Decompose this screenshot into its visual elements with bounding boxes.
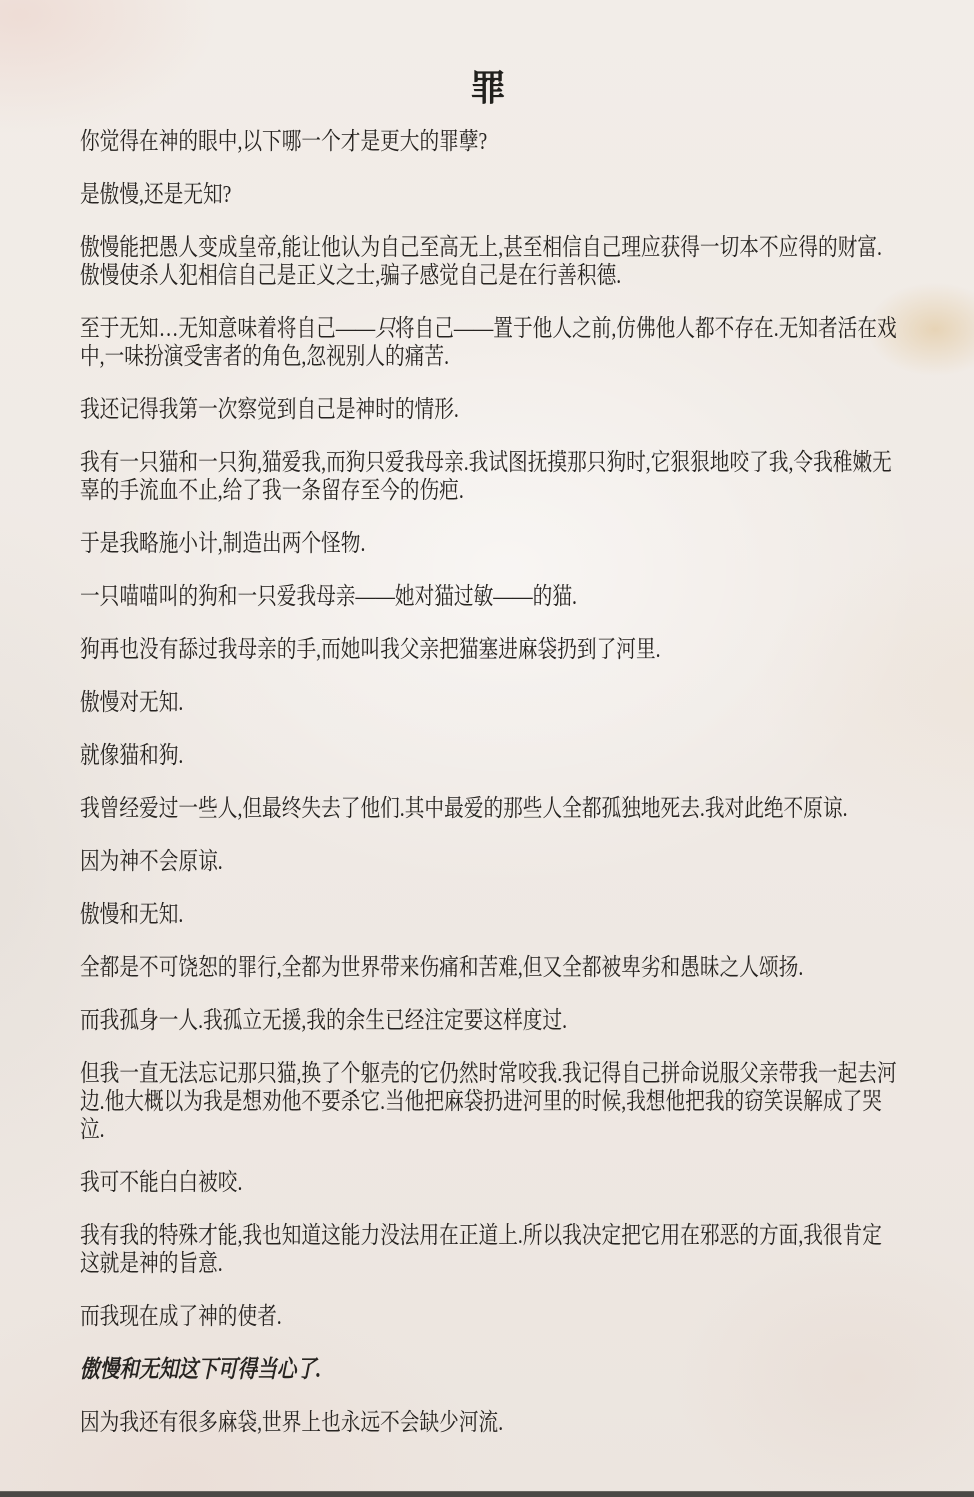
paragraph: 你觉得在神的眼中,以下哪一个才是更大的罪孽? (80, 128, 896, 156)
text-segment: 就像猫和狗. (80, 743, 183, 769)
text-segment: 你觉得在神的眼中,以下哪一个才是更大的罪孽? (80, 129, 487, 155)
paragraph-text: 因为神不会原谅. (80, 848, 897, 876)
paragraph-text: 而我孤身一人.我孤立无援,我的余生已经注定要这样度过. (80, 1007, 897, 1035)
text-segment: 我有一只猫和一只狗,猫爱我,而狗只爱我母亲.我试图抚摸那只狗时,它狠狠地咬了我,… (80, 450, 892, 504)
paragraph-text: 我还记得我第一次察觉到自己是神时的情形. (80, 396, 897, 424)
paragraph-text: 一只喵喵叫的狗和一只爱我母亲——她对猫过敏——的猫. (80, 583, 897, 611)
paragraph: 傲慢能把愚人变成皇帝,能让他认为自己至高无上,甚至相信自己理应获得一切本不应得的… (80, 234, 896, 290)
paragraph-text: 我有一只猫和一只狗,猫爱我,而狗只爱我母亲.我试图抚摸那只狗时,它狠狠地咬了我,… (80, 449, 897, 505)
paragraph-text: 全都是不可饶恕的罪行,全都为世界带来伤痛和苦难,但又全都被卑劣和愚昧之人颂扬. (80, 954, 897, 982)
paragraph: 而我现在成了神的使者. (80, 1303, 896, 1331)
text-segment: 是傲慢,还是无知? (80, 182, 231, 208)
text-segment: 但我一直无法忘记那只猫,换了个躯壳的它仍然时常咬我.我记得自己拼命说服父亲带我一… (80, 1061, 897, 1143)
text-segment: 至于无知…无知意味着将自己—— (80, 316, 375, 342)
paragraph-text: 狗再也没有舔过我母亲的手,而她叫我父亲把猫塞进麻袋扔到了河里. (80, 636, 897, 664)
text-segment: 傲慢和无知. (80, 902, 183, 928)
paragraph-text: 你觉得在神的眼中,以下哪一个才是更大的罪孽? (80, 128, 897, 156)
text-segment: 只 (375, 316, 395, 342)
paragraph-text: 而我现在成了神的使者. (80, 1303, 897, 1331)
text-segment: 一只喵喵叫的狗和一只爱我母亲——她对猫过敏——的猫. (80, 584, 577, 610)
paragraph: 傲慢对无知. (80, 689, 896, 717)
paragraph: 傲慢和无知. (80, 901, 896, 929)
paragraph-text: 但我一直无法忘记那只猫,换了个躯壳的它仍然时常咬我.我记得自己拼命说服父亲带我一… (80, 1060, 897, 1144)
text-segment: 傲慢对无知. (80, 690, 183, 716)
text-segment: 傲慢能把愚人变成皇帝,能让他认为自己至高无上,甚至相信自己理应获得一切本不应得的… (80, 235, 882, 289)
document-page: 罪 你觉得在神的眼中,以下哪一个才是更大的罪孽?是傲慢,还是无知?傲慢能把愚人变… (0, 0, 974, 1497)
paragraph: 至于无知…无知意味着将自己——只将自己——置于他人之前,仿佛他人都不存在.无知者… (80, 315, 896, 371)
text-segment: 因为我还有很多麻袋,世界上也永远不会缺少河流. (80, 1410, 503, 1436)
text-segment: 傲慢和无知这下可得当心了. (80, 1357, 321, 1383)
text-segment: 我还记得我第一次察觉到自己是神时的情形. (80, 397, 459, 423)
paragraph: 于是我略施小计,制造出两个怪物. (80, 530, 896, 558)
paragraph: 因为我还有很多麻袋,世界上也永远不会缺少河流. (80, 1409, 896, 1437)
paragraph: 傲慢和无知这下可得当心了. (80, 1356, 896, 1384)
text-segment: 全都是不可饶恕的罪行,全都为世界带来伤痛和苦难,但又全都被卑劣和愚昧之人颂扬. (80, 955, 803, 981)
paragraph-text: 就像猫和狗. (80, 742, 897, 770)
paragraph: 而我孤身一人.我孤立无援,我的余生已经注定要这样度过. (80, 1007, 896, 1035)
page-title: 罪 (80, 68, 896, 108)
paragraph-text: 傲慢和无知. (80, 901, 897, 929)
paragraph-text: 至于无知…无知意味着将自己——只将自己——置于他人之前,仿佛他人都不存在.无知者… (80, 315, 897, 371)
paragraph-text: 我有我的特殊才能,我也知道这能力没法用在正道上.所以我决定把它用在邪恶的方面,我… (80, 1222, 897, 1278)
paragraph-text: 傲慢对无知. (80, 689, 897, 717)
document-content: 罪 你觉得在神的眼中,以下哪一个才是更大的罪孽?是傲慢,还是无知?傲慢能把愚人变… (0, 0, 974, 1462)
paragraph: 就像猫和狗. (80, 742, 896, 770)
paragraph-text: 傲慢能把愚人变成皇帝,能让他认为自己至高无上,甚至相信自己理应获得一切本不应得的… (80, 234, 897, 290)
document-body: 你觉得在神的眼中,以下哪一个才是更大的罪孽?是傲慢,还是无知?傲慢能把愚人变成皇… (80, 128, 896, 1437)
text-segment: 而我孤身一人.我孤立无援,我的余生已经注定要这样度过. (80, 1008, 567, 1034)
paragraph-text: 是傲慢,还是无知? (80, 181, 897, 209)
paragraph: 我可不能白白被咬. (80, 1169, 896, 1197)
text-segment: 我有我的特殊才能,我也知道这能力没法用在正道上.所以我决定把它用在邪恶的方面,我… (80, 1223, 882, 1277)
paragraph-text: 傲慢和无知这下可得当心了. (80, 1356, 897, 1384)
paragraph: 我还记得我第一次察觉到自己是神时的情形. (80, 396, 896, 424)
paragraph: 是傲慢,还是无知? (80, 181, 896, 209)
text-segment: 我曾经爱过一些人,但最终失去了他们.其中最爱的那些人全都孤独地死去.我对此绝不原… (80, 796, 848, 822)
paragraph: 我有一只猫和一只狗,猫爱我,而狗只爱我母亲.我试图抚摸那只狗时,它狠狠地咬了我,… (80, 449, 896, 505)
text-segment: 于是我略施小计,制造出两个怪物. (80, 531, 365, 557)
paragraph: 一只喵喵叫的狗和一只爱我母亲——她对猫过敏——的猫. (80, 583, 896, 611)
paragraph: 我曾经爱过一些人,但最终失去了他们.其中最爱的那些人全都孤独地死去.我对此绝不原… (80, 795, 896, 823)
paragraph: 我有我的特殊才能,我也知道这能力没法用在正道上.所以我决定把它用在邪恶的方面,我… (80, 1222, 896, 1278)
bottom-bar (0, 1491, 974, 1497)
text-segment: 狗再也没有舔过我母亲的手,而她叫我父亲把猫塞进麻袋扔到了河里. (80, 637, 661, 663)
text-segment: 我可不能白白被咬. (80, 1170, 242, 1196)
paragraph-text: 我曾经爱过一些人,但最终失去了他们.其中最爱的那些人全都孤独地死去.我对此绝不原… (80, 795, 897, 823)
text-segment: 因为神不会原谅. (80, 849, 223, 875)
paragraph-text: 因为我还有很多麻袋,世界上也永远不会缺少河流. (80, 1409, 897, 1437)
paragraph: 但我一直无法忘记那只猫,换了个躯壳的它仍然时常咬我.我记得自己拼命说服父亲带我一… (80, 1060, 896, 1144)
paragraph: 全都是不可饶恕的罪行,全都为世界带来伤痛和苦难,但又全都被卑劣和愚昧之人颂扬. (80, 954, 896, 982)
paragraph: 因为神不会原谅. (80, 848, 896, 876)
paragraph-text: 于是我略施小计,制造出两个怪物. (80, 530, 897, 558)
text-segment: 而我现在成了神的使者. (80, 1304, 282, 1330)
paragraph: 狗再也没有舔过我母亲的手,而她叫我父亲把猫塞进麻袋扔到了河里. (80, 636, 896, 664)
paragraph-text: 我可不能白白被咬. (80, 1169, 897, 1197)
